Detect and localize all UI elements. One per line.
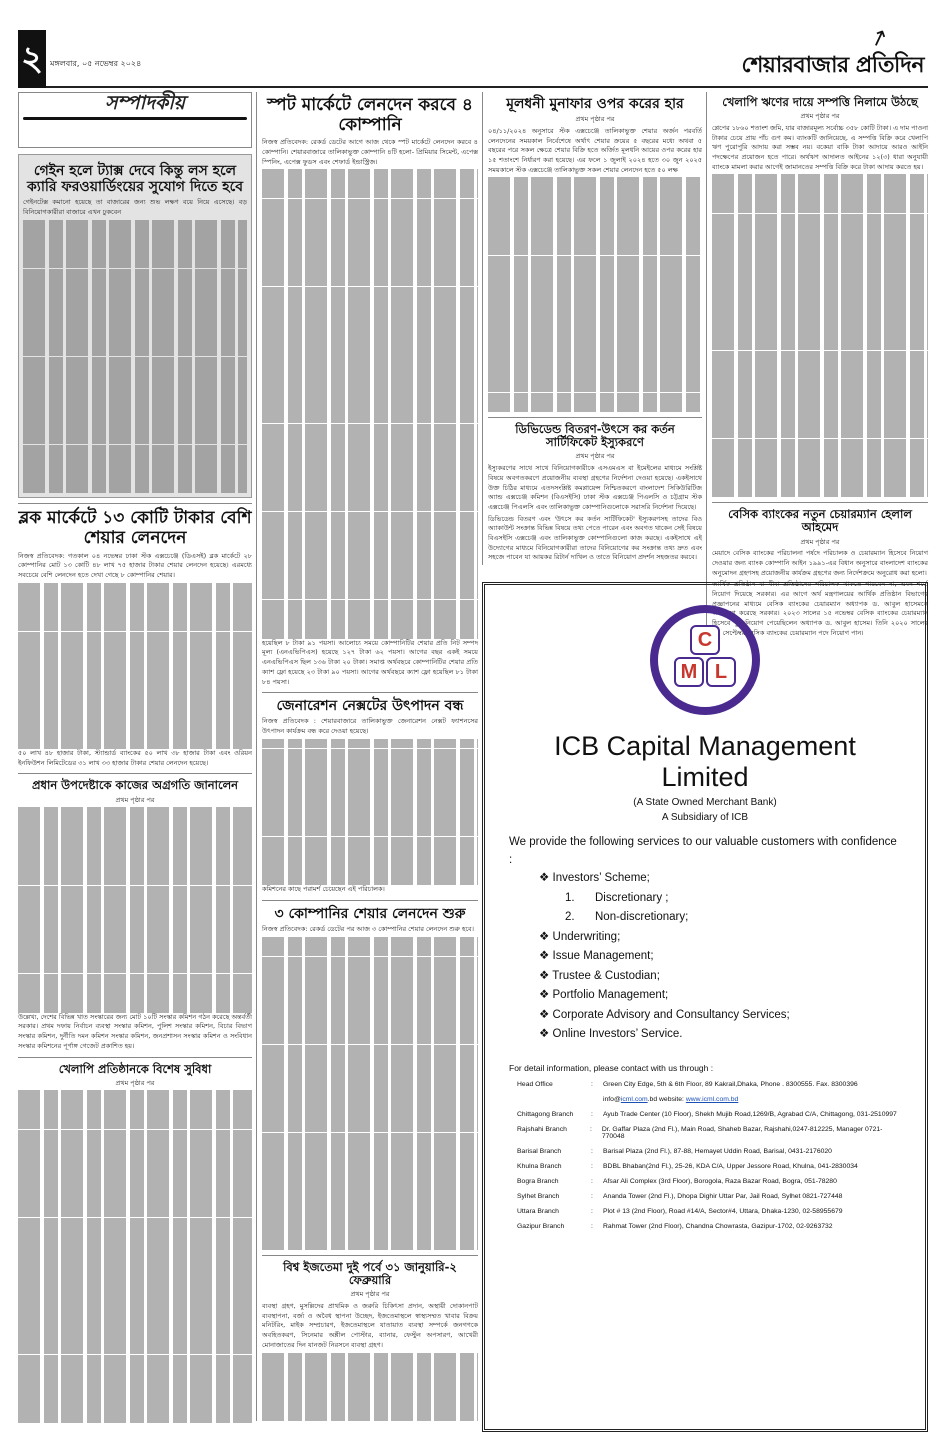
editorial-article: গেইন হলে ট্যাক্স দেবে কিন্তু লস হলে ক্যা… bbox=[18, 154, 252, 498]
service-item: ❖ Underwriting; bbox=[539, 928, 901, 948]
diamond-bullet-icon: ❖ bbox=[539, 950, 553, 962]
services-list: ❖ Investors’ Scheme; 1.Discretionary ; 2… bbox=[539, 869, 901, 1045]
diamond-bullet-icon: ❖ bbox=[539, 872, 553, 884]
article-spot-market: স্পট মার্কেটে লেনদেন করবে ৪ কোম্পানি নিজ… bbox=[262, 96, 478, 687]
article-generation-next: জেনারেশন নেক্সটের উৎপাদন বন্ধ নিজস্ব প্র… bbox=[262, 698, 478, 895]
editorial-lead: গেইনটেক্স কমানো হয়েছে তা বাজারের জন্য শ… bbox=[23, 198, 247, 217]
article-lead: নিজস্ব প্রতিবেদক : শেয়ারবাজারে তালিকাভু… bbox=[262, 717, 478, 736]
article-dividend-certificate: ডিভিডেন্ড বিতরণ-উৎসে কর কর্তন সার্টিফিকে… bbox=[488, 423, 702, 563]
article-body-text bbox=[18, 583, 252, 749]
column-2: স্পট মার্কেটে লেনদেন করবে ৪ কোম্পানি নিজ… bbox=[256, 92, 478, 1421]
article-lead: নিজস্ব প্রতিবেদক: রেকর্ড ডেটের আগে আজ থে… bbox=[262, 138, 478, 167]
service-subitem: 2.Non-discretionary; bbox=[565, 908, 901, 928]
editorial-headline: গেইন হলে ট্যাক্স দেবে কিন্তু লস হলে ক্যা… bbox=[23, 163, 247, 195]
column-3: মূলধনী মুনাফার ওপর করের হার প্রথম পৃষ্ঠা… bbox=[482, 92, 702, 565]
branch-row: Chittagong Branch:Ayub Trade Center (10 … bbox=[517, 1111, 901, 1118]
article-body-text bbox=[18, 1090, 252, 1422]
article-body-text bbox=[262, 1353, 478, 1421]
diamond-bullet-icon: ❖ bbox=[539, 989, 553, 1001]
logo-letter-c: C bbox=[690, 625, 720, 655]
column-4: খেলাপি ঋণের দায়ে সম্পত্তি নিলামে উঠছে প… bbox=[706, 92, 928, 641]
article-body-text bbox=[712, 174, 928, 497]
branch-row: Barisal Branch:Barisal Plaza (2nd Fl.), … bbox=[517, 1148, 901, 1155]
continued-label: প্রথম পৃষ্ঠার পর bbox=[262, 1290, 478, 1300]
ad-subsidiary: A Subsidiary of ICB bbox=[509, 812, 901, 823]
branch-row: Sylhet Branch:Ananda Tower (2nd Fl.), Dh… bbox=[517, 1193, 901, 1200]
email-link[interactable]: icml.com bbox=[621, 1096, 648, 1103]
editorial-title: সম্পাদকীয় bbox=[99, 99, 191, 109]
article-headline: প্রধান উপদেষ্টাকে কাজের অগ্রগতি জানালেন bbox=[18, 779, 252, 792]
article-headline: ডিভিডেন্ড বিতরণ-উৎসে কর কর্তন সার্টিফিকে… bbox=[488, 423, 702, 449]
diamond-bullet-icon: ❖ bbox=[539, 1028, 553, 1040]
article-ijtema: বিশ্ব ইজতেমা দুই পর্বে ৩১ জানুয়ারি-২ ফে… bbox=[262, 1261, 478, 1421]
continued-label: প্রথম পৃষ্ঠার পর bbox=[488, 452, 702, 462]
article-headline: জেনারেশন নেক্সটের উৎপাদন বন্ধ bbox=[262, 698, 478, 714]
continued-label: প্রথম পৃষ্ঠার পর bbox=[18, 796, 252, 806]
continued-label: প্রথম পৃষ্ঠার পর bbox=[18, 1079, 252, 1089]
article-body-text bbox=[488, 177, 702, 412]
diamond-bullet-icon: ❖ bbox=[539, 1009, 553, 1021]
branch-row: Rajshahi Branch:Dr. Gaffar Plaza (2nd Fl… bbox=[517, 1126, 901, 1140]
article-headline: খেলাপি প্রতিষ্ঠানকে বিশেষ সুবিধা bbox=[18, 1063, 252, 1076]
continued-label: প্রথম পৃষ্ঠার পর bbox=[712, 538, 928, 548]
article-capital-gains: মূলধনী মুনাফার ওপর করের হার প্রথম পৃষ্ঠা… bbox=[488, 96, 702, 412]
newspaper-logo: শেয়ারবাজার প্রতিদিন bbox=[741, 48, 924, 85]
article-headline: ৩ কোম্পানির শেয়ার লেনদেন শুরু bbox=[262, 906, 478, 922]
article-lead: প্লেপের ১৮৬০ শতাংশ জমি, যার বাজারমূল্য স… bbox=[712, 124, 928, 173]
editorial-body-text bbox=[23, 220, 247, 494]
branch-row: Gazipur Branch:Rahmat Tower (2nd Floor),… bbox=[517, 1223, 901, 1230]
article-lead: ব্যবস্থা গ্রহণ, মুসল্লিদের প্রাথমিক ও জর… bbox=[262, 1302, 478, 1351]
article-tail: ৫০ লাখ ৪৮ হাজার টাকা, স্ট্যান্ডার্ড ব্যা… bbox=[18, 749, 252, 768]
ad-company-name: ICB Capital Management Limited bbox=[509, 731, 901, 793]
service-item: ❖ Issue Management; bbox=[539, 947, 901, 967]
continued-label: প্রথম পৃষ্ঠার পর bbox=[488, 115, 702, 125]
article-three-companies: ৩ কোম্পানির শেয়ার লেনদেন শুরু নিজস্ব প্… bbox=[262, 906, 478, 1250]
article-lead: নিজস্ব প্রতিবেদক: গতকাল ০৪ নভেম্বর ঢাকা … bbox=[18, 552, 252, 581]
masthead: ২ মঙ্গলবার, ০৫ নভেম্বর ২০২৪ ↗ শেয়ারবাজা… bbox=[18, 30, 928, 88]
article-headline: ব্লক মার্কেটে ১৩ কোটি টাকার বেশি শেয়ার … bbox=[18, 509, 252, 548]
website-link[interactable]: www.icml.com.bd bbox=[686, 1096, 739, 1103]
cml-logo: C M L bbox=[650, 605, 760, 715]
article-block-market: ব্লক মার্কেটে ১৩ কোটি টাকার বেশি শেয়ার … bbox=[18, 509, 252, 768]
article-tail: উল্লেখ্য, দেশের বিভিন্ন খাত সংস্কারের জন… bbox=[18, 1013, 252, 1052]
service-item: ❖ Corporate Advisory and Consultancy Ser… bbox=[539, 1006, 901, 1026]
branch-row: Khulna Branch:BDBL Bhaban(2nd Fl.), 25-2… bbox=[517, 1163, 901, 1170]
article-lead: ইস্যুকরণের সাথে সাথে বিনিয়োগকারীকে এসএম… bbox=[488, 464, 702, 513]
article-tail: কমিশনের কাছে পরামর্শ চেয়েছেন এই পরিচালক… bbox=[262, 885, 478, 895]
article-body-text bbox=[262, 937, 478, 1250]
editorial-brush-line bbox=[23, 117, 247, 120]
article-headline: বিশ্ব ইজতেমা দুই পর্বে ৩১ জানুয়ারি-২ ফে… bbox=[262, 1261, 478, 1287]
article-tail: হয়েছিল ৮ টাকা ৯১ পয়সা। আলোচ্য সময়ে কো… bbox=[262, 639, 478, 688]
head-office-row: Head Office: Green City Edge, 5th & 6th … bbox=[517, 1081, 901, 1088]
article-lead: মেয়াদে বেসিক ব্যাংকের পরিচালনা পর্ষদে প… bbox=[712, 549, 928, 578]
article-headline: বেসিক ব্যাংকের নতুন চেয়ারম্যান হেলাল আহ… bbox=[712, 508, 928, 534]
service-item: ❖ Investors’ Scheme; bbox=[539, 869, 901, 889]
head-office-contact-row: info@icml.com.bd website: www.icml.com.b… bbox=[517, 1096, 901, 1103]
column-1: সম্পাদকীয় গেইন হলে ট্যাক্স দেবে কিন্তু … bbox=[18, 92, 252, 1423]
service-subitem: 1.Discretionary ; bbox=[565, 889, 901, 909]
article-tail: ডিভিডেন্ড বিতরণ এবং 'উৎসে কর কর্তন সার্ট… bbox=[488, 515, 702, 564]
article-chief-adviser: প্রধান উপদেষ্টাকে কাজের অগ্রগতি জানালেন … bbox=[18, 779, 252, 1051]
diamond-bullet-icon: ❖ bbox=[539, 970, 552, 982]
logo-letter-m: M bbox=[674, 657, 704, 687]
ad-intro: We provide the following services to our… bbox=[509, 833, 901, 869]
issue-date: মঙ্গলবার, ০৫ নভেম্বর ২০২৪ bbox=[50, 58, 141, 71]
article-headline: স্পট মার্কেটে লেনদেন করবে ৪ কোম্পানি bbox=[262, 96, 478, 135]
article-body-text bbox=[262, 739, 478, 886]
article-headline: খেলাপি ঋণের দায়ে সম্পত্তি নিলামে উঠছে bbox=[712, 96, 928, 109]
page-number: ২ bbox=[18, 30, 46, 88]
continued-label: প্রথম পৃষ্ঠার পর bbox=[712, 112, 928, 122]
article-body-text bbox=[18, 807, 252, 1012]
article-lead: ০৪/১১/২০২৪ অনুসারে স্টক এক্সচেঞ্জে তালিক… bbox=[488, 127, 702, 176]
contact-heading: For detail information, please contact w… bbox=[509, 1063, 901, 1073]
branch-row: Uttara Branch:Plot # 13 (2nd Floor), Roa… bbox=[517, 1208, 901, 1215]
logo-letter-l: L bbox=[706, 657, 736, 687]
article-lead: নিজস্ব প্রতিবেদক: রেকর্ড ডেটের পর আজ ৩ ক… bbox=[262, 925, 478, 935]
article-body-text bbox=[262, 169, 478, 638]
service-item: ❖ Trustee & Custodian; bbox=[539, 967, 901, 987]
icb-advertisement: C M L ICB Capital Management Limited (A … bbox=[482, 582, 928, 1432]
editorial-banner: সম্পাদকীয় bbox=[18, 92, 252, 148]
branch-row: Bogra Branch:Afsar Ali Complex (3rd Floo… bbox=[517, 1178, 901, 1185]
service-item: ❖ Online Investors’ Service. bbox=[539, 1025, 901, 1045]
article-auction: খেলাপি ঋণের দায়ে সম্পত্তি নিলামে উঠছে প… bbox=[712, 96, 928, 497]
ad-subtitle: (A State Owned Merchant Bank) bbox=[509, 797, 901, 808]
article-defaulter: খেলাপি প্রতিষ্ঠানকে বিশেষ সুবিধা প্রথম প… bbox=[18, 1063, 252, 1423]
service-item: ❖ Portfolio Management; bbox=[539, 986, 901, 1006]
diamond-bullet-icon: ❖ bbox=[539, 931, 553, 943]
article-headline: মূলধনী মুনাফার ওপর করের হার bbox=[488, 96, 702, 112]
